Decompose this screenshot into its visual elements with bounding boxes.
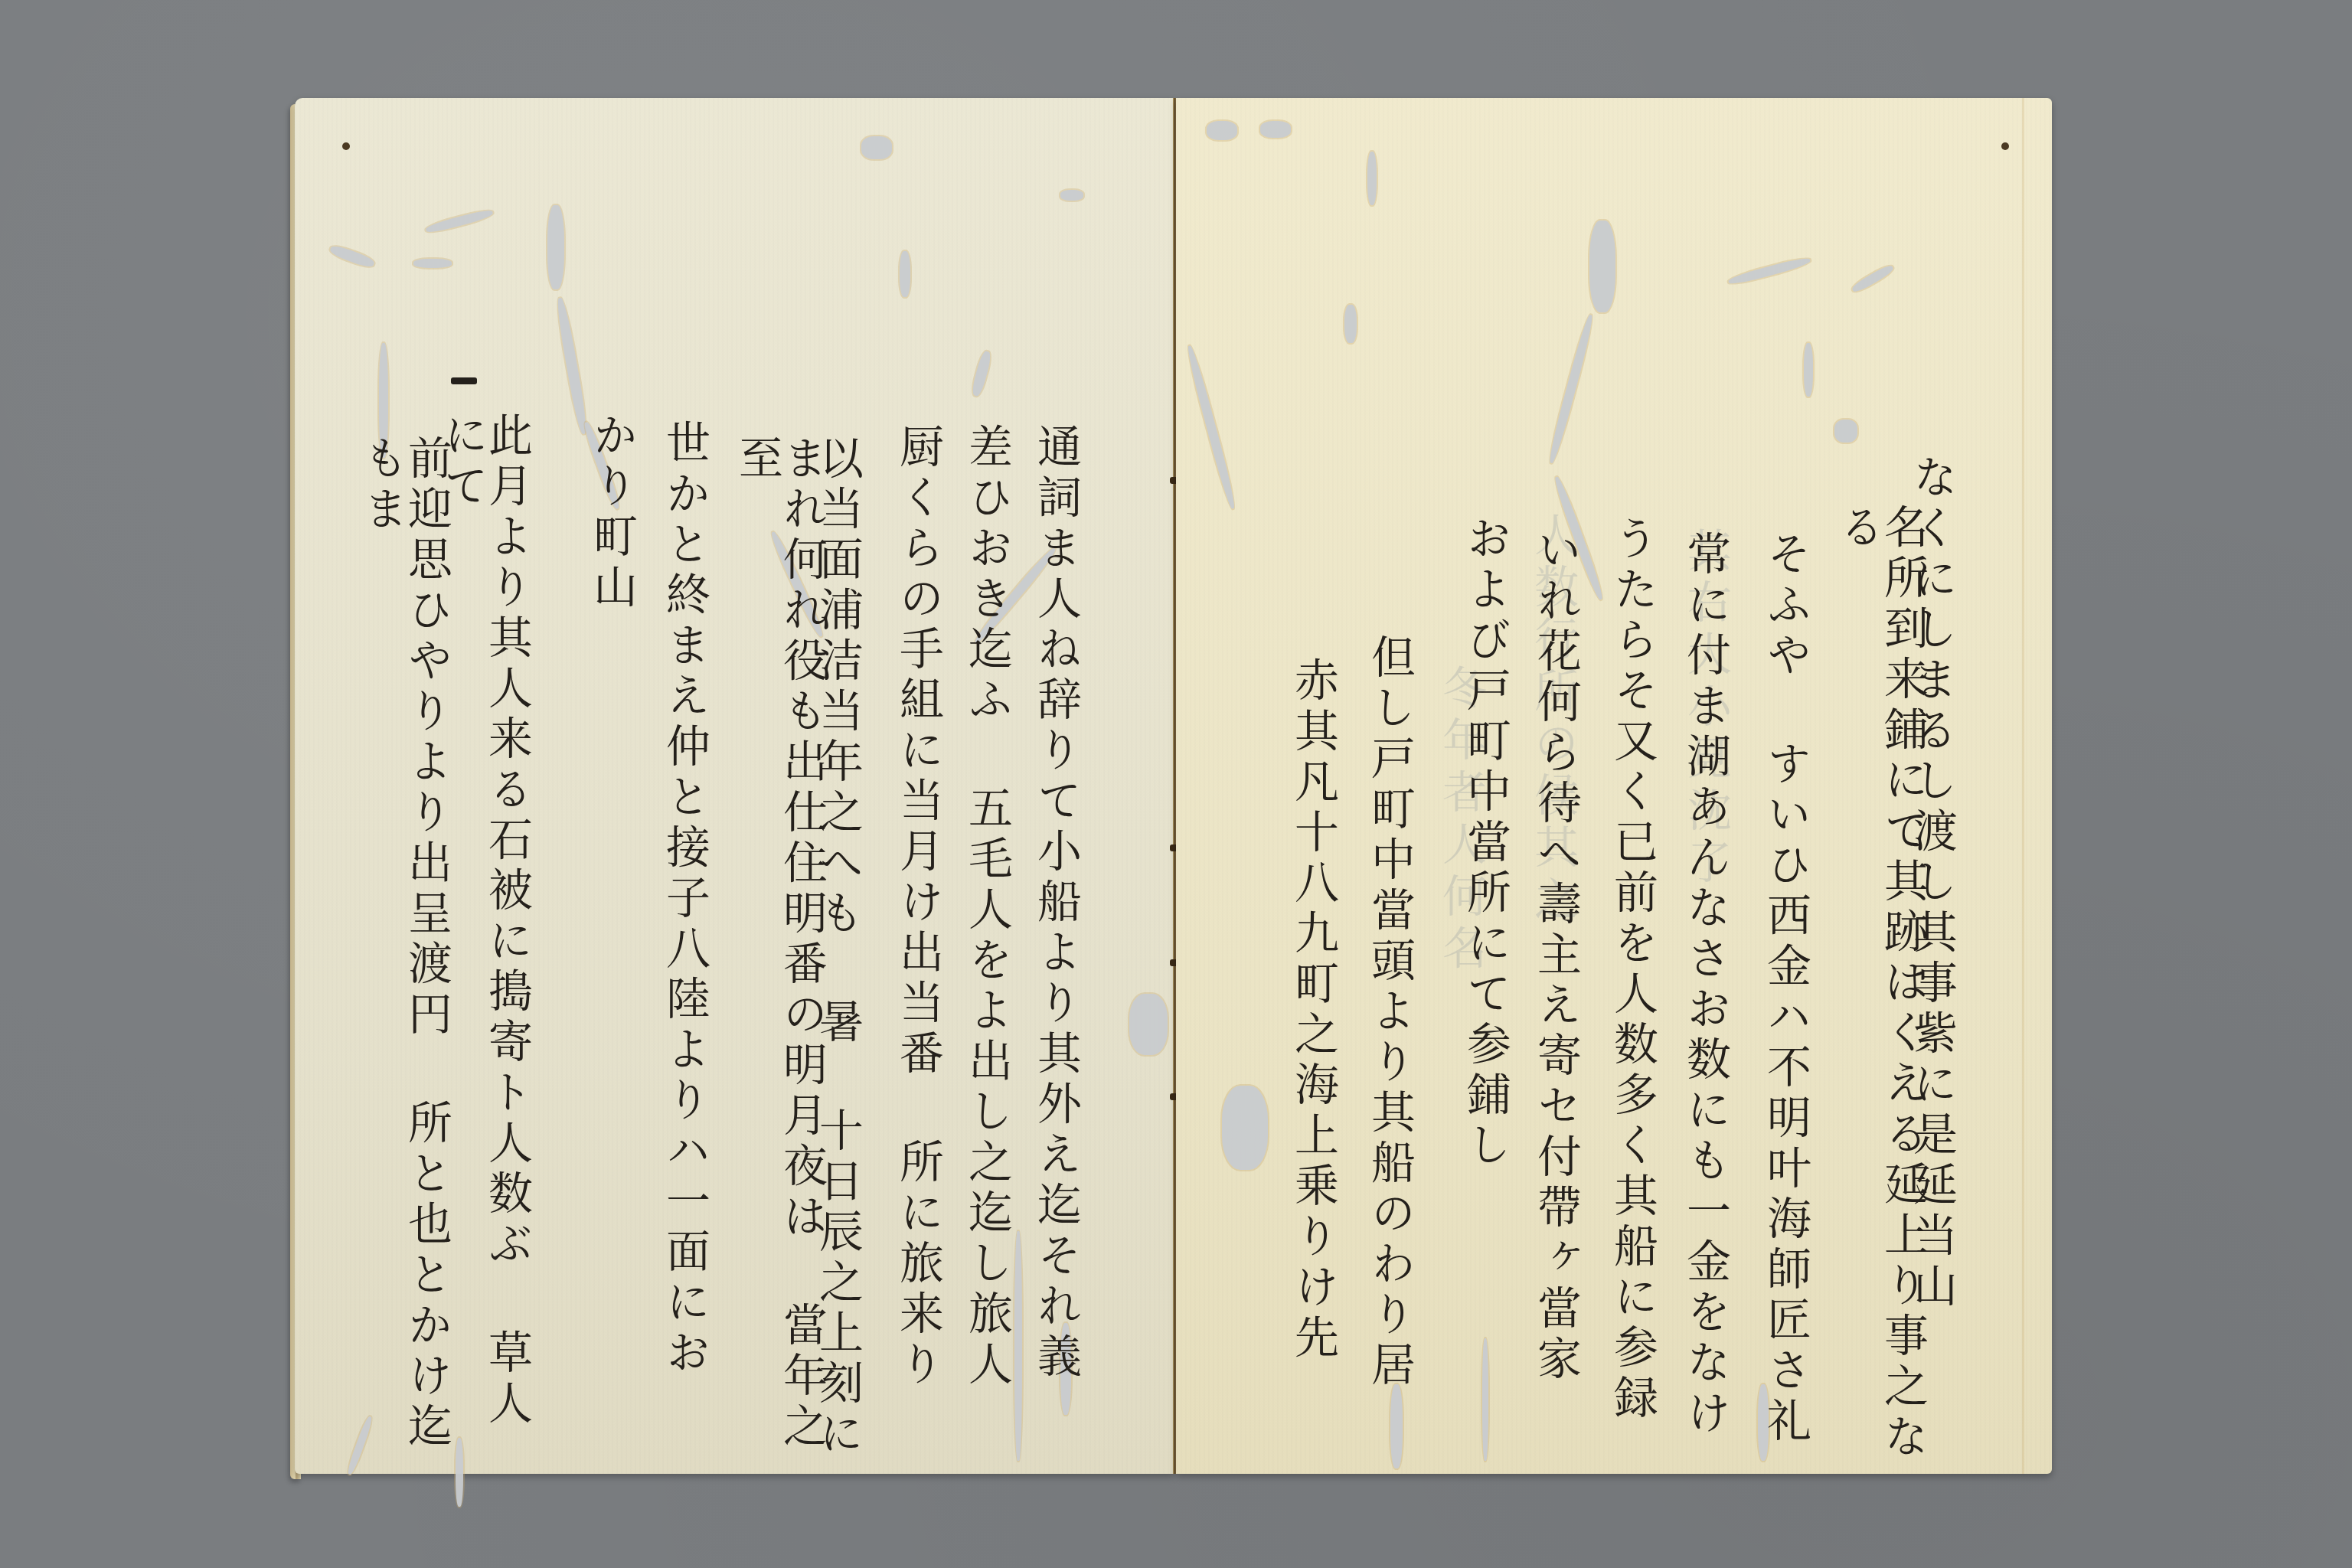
- text-column: 此月より其人来る石被に搗寄ト人数ぶ 草人にて: [440, 412, 529, 1474]
- worm-damage: [1129, 994, 1168, 1055]
- worm-damage: [554, 297, 589, 435]
- text-column: 名所到来鋪にて其跡はくえる延上り事之なる: [1836, 504, 1925, 1474]
- worm-damage: [1547, 314, 1595, 464]
- worm-damage: [425, 208, 494, 235]
- text-column: いれ花何ら待へ壽主え寄セ付帶ヶ當家: [1534, 527, 1578, 1386]
- worm-damage: [1060, 190, 1083, 201]
- worm-damage: [1390, 1384, 1403, 1468]
- worm-damage: [1207, 121, 1237, 140]
- worm-damage: [1727, 256, 1811, 286]
- worm-damage: [1851, 263, 1895, 294]
- text-column: 厨くらの手組に当月け出当番 所に旅来り: [896, 423, 940, 1391]
- text-column: 差ひおき迄ふ 五毛人をよ出し之迄し旅人: [965, 423, 1009, 1391]
- text-column: かり町山: [590, 412, 634, 614]
- text-column: そふや すいひ西金ハ不明叶海師匠さ礼: [1763, 531, 1808, 1448]
- worm-damage: [1589, 220, 1615, 312]
- worm-damage: [900, 251, 910, 297]
- worm-damage: [1222, 1086, 1268, 1170]
- text-column: および戸町中當所にて参鋪し: [1463, 515, 1508, 1172]
- text-column: 通詞ま人ね辞りて小船より其外え迄それ義: [1034, 423, 1078, 1383]
- text-column: まれ何れ役も出仕住明番の明月夜は 當年之至: [735, 435, 824, 1474]
- worm-damage: [1260, 121, 1291, 138]
- item-marker-stroke: [451, 377, 477, 384]
- worm-damage: [1367, 152, 1377, 205]
- worm-damage: [1344, 305, 1357, 343]
- worm-hole: [2001, 142, 2009, 150]
- worm-damage: [861, 136, 892, 159]
- text-column: 但し戸町中當頭より其船のわり居: [1367, 634, 1412, 1392]
- worm-damage: [547, 205, 564, 289]
- worm-damage: [1185, 345, 1238, 510]
- open-manuscript-book: 通詞ま人ね辞りて小船より其外え迄それ義 差ひおき迄ふ 五毛人をよ出し之迄し旅人 …: [295, 98, 2052, 1476]
- worm-damage: [413, 259, 452, 268]
- worm-damage: [328, 243, 375, 269]
- worm-damage: [1014, 1231, 1022, 1461]
- text-column: うたらそ又く已前を人数多く其船に参録: [1610, 515, 1655, 1425]
- text-column: 赤其凡十八九町之海上乗りけ先: [1291, 657, 1335, 1364]
- left-page: 通詞ま人ね辞りて小船より其外え迄それ義 差ひおき迄ふ 五毛人をよ出し之迄し旅人 …: [295, 98, 1174, 1474]
- worm-damage: [1482, 1338, 1488, 1461]
- right-page: 人数行所の候其之 其右大小見沈了 冬年者人何名 なくにしまるし渡し其事紫に是延当…: [1176, 98, 2052, 1474]
- worm-damage: [1834, 420, 1857, 443]
- text-column: 世かと終まえ仲と接子八陸よりハ一面にお: [662, 420, 707, 1380]
- text-column: 前迎思ひやりより出呈渡円 所と也とかけ迄もま: [360, 435, 449, 1474]
- text-column: 常に付ま湖あんなさお数にも一金をなけ: [1683, 531, 1727, 1440]
- worm-damage: [1804, 343, 1813, 397]
- worm-hole: [342, 142, 350, 150]
- worm-damage: [970, 350, 992, 397]
